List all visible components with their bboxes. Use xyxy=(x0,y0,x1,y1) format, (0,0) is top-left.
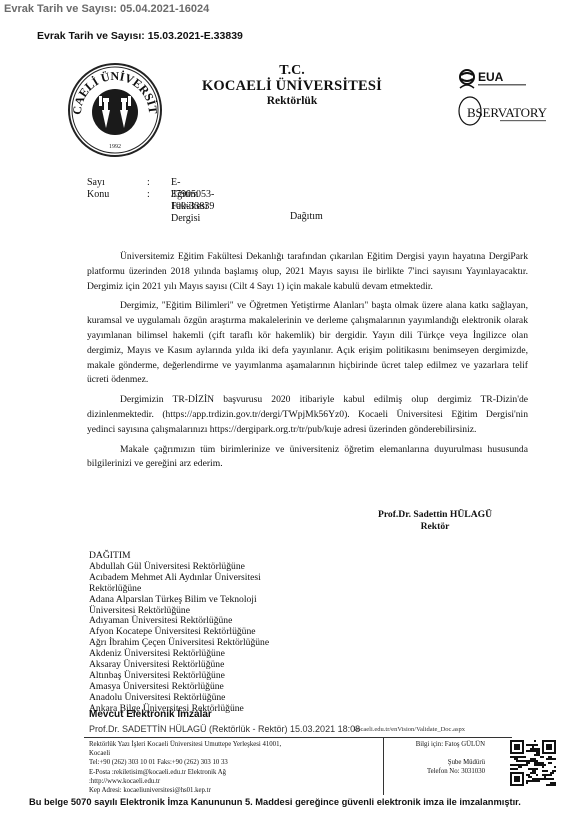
letterhead: T.C. KOCAELİ ÜNİVERSİTESİ Rektörlük xyxy=(170,63,414,109)
signer-name: Prof.Dr. Sadettin HÜLAGÜ xyxy=(340,509,530,521)
signature-block: Prof.Dr. Sadettin HÜLAGÜ Rektör xyxy=(340,509,530,533)
electronic-signatures-title: Mevcut Elektronik İmzalar xyxy=(89,709,212,720)
electronic-signature-entry: Prof.Dr. SADETTİN HÜLAGÜ (Rektörlük - Re… xyxy=(89,724,539,734)
footer-line: E-Posta :rekiletisim@kocaeli.edu.tr Elek… xyxy=(89,768,281,777)
seal-year: 1992 xyxy=(109,144,121,150)
recipient: Dağıtım xyxy=(290,211,323,222)
letterhead-tc: T.C. xyxy=(170,63,414,78)
observatory-text: BSERVATORY xyxy=(467,105,548,120)
validation-url[interactable]: kocaeli.edu.tr/enVision/Validate_Doc.asp… xyxy=(354,726,465,733)
letterhead-university: KOCAELİ ÜNİVERSİTESİ xyxy=(170,78,414,94)
info-contact-phone: Telefon No: 3031030 xyxy=(395,767,485,776)
incoming-document-stamp: Evrak Tarih ve Sayısı: 05.04.2021-16024 xyxy=(4,3,209,15)
footer-line: Kocaeli xyxy=(89,749,281,758)
eua-logo: EUA xyxy=(458,68,548,90)
footer-contact-info: Rektörlük Yazı İşleri Kocaeli Üniversite… xyxy=(89,740,281,795)
e-signature-legal-note: Bu belge 5070 sayılı Elektronik İmza Kan… xyxy=(29,797,521,807)
separator: : xyxy=(147,177,150,189)
signer-title: Rektör xyxy=(340,521,530,533)
konu-label: Konu xyxy=(87,189,109,201)
signature-entry-text: Prof.Dr. SADETTİN HÜLAGÜ (Rektörlük - Re… xyxy=(89,724,360,734)
separator: : xyxy=(147,189,150,201)
info-contact-title: Şube Müdürü xyxy=(395,758,485,767)
footer-line: Rektörlük Yazı İşleri Kocaeli Üniversite… xyxy=(89,740,281,749)
sayi-label: Sayı xyxy=(87,177,105,189)
letter-body: Üniversitemiz Eğitim Fakültesi Dekanlığı… xyxy=(87,250,528,477)
distribution-item: Adana Alparslan Türkeş Bilim ve Teknoloj… xyxy=(89,595,269,606)
kocaeli-university-seal-logo: KOCAELİ ÜNİVERSİTESİ 1992 xyxy=(67,62,163,158)
footer-divider xyxy=(84,737,512,738)
eua-text: EUA xyxy=(478,70,504,84)
body-paragraph: Dergimiz, "Eğitim Bilimleri" ve Öğretmen… xyxy=(87,299,528,388)
body-paragraph: Üniversitemiz Eğitim Fakültesi Dekanlığı… xyxy=(87,250,528,294)
document-date-number: Evrak Tarih ve Sayısı: 15.03.2021-E.3383… xyxy=(37,30,243,42)
body-paragraph: Makale çağrımızın tüm birimlerinize ve ü… xyxy=(87,443,528,473)
footer-column-divider xyxy=(383,737,384,795)
footer-line: :http://www.kocaeli.edu.tr xyxy=(89,777,281,786)
distribution-list: DAĞITIM Abdullah Gül Üniversitesi Rektör… xyxy=(89,551,269,715)
footer-line: Kep Adresi: kocaeliuniversitesi@hs01.kep… xyxy=(89,786,281,795)
distribution-item: Rektörlüğüne xyxy=(89,584,269,595)
footer-line: Tel:+90 (262) 303 10 01 Faks:+90 (262) 3… xyxy=(89,758,281,767)
info-contact-name: Bilgi için: Fatoş GÜLÜN xyxy=(395,740,485,749)
letterhead-unit: Rektörlük xyxy=(170,94,414,109)
footer-info-contact: Bilgi için: Fatoş GÜLÜN Şube Müdürü Tele… xyxy=(395,740,485,777)
magna-charta-observatory-logo: BSERVATORY xyxy=(458,96,550,126)
qr-code[interactable] xyxy=(510,740,556,786)
konu-value: Eğitim Fakültesi Dergisi xyxy=(171,189,208,225)
body-paragraph: Dergimizin TR-DİZİN başvurusu 2020 itiba… xyxy=(87,393,528,437)
